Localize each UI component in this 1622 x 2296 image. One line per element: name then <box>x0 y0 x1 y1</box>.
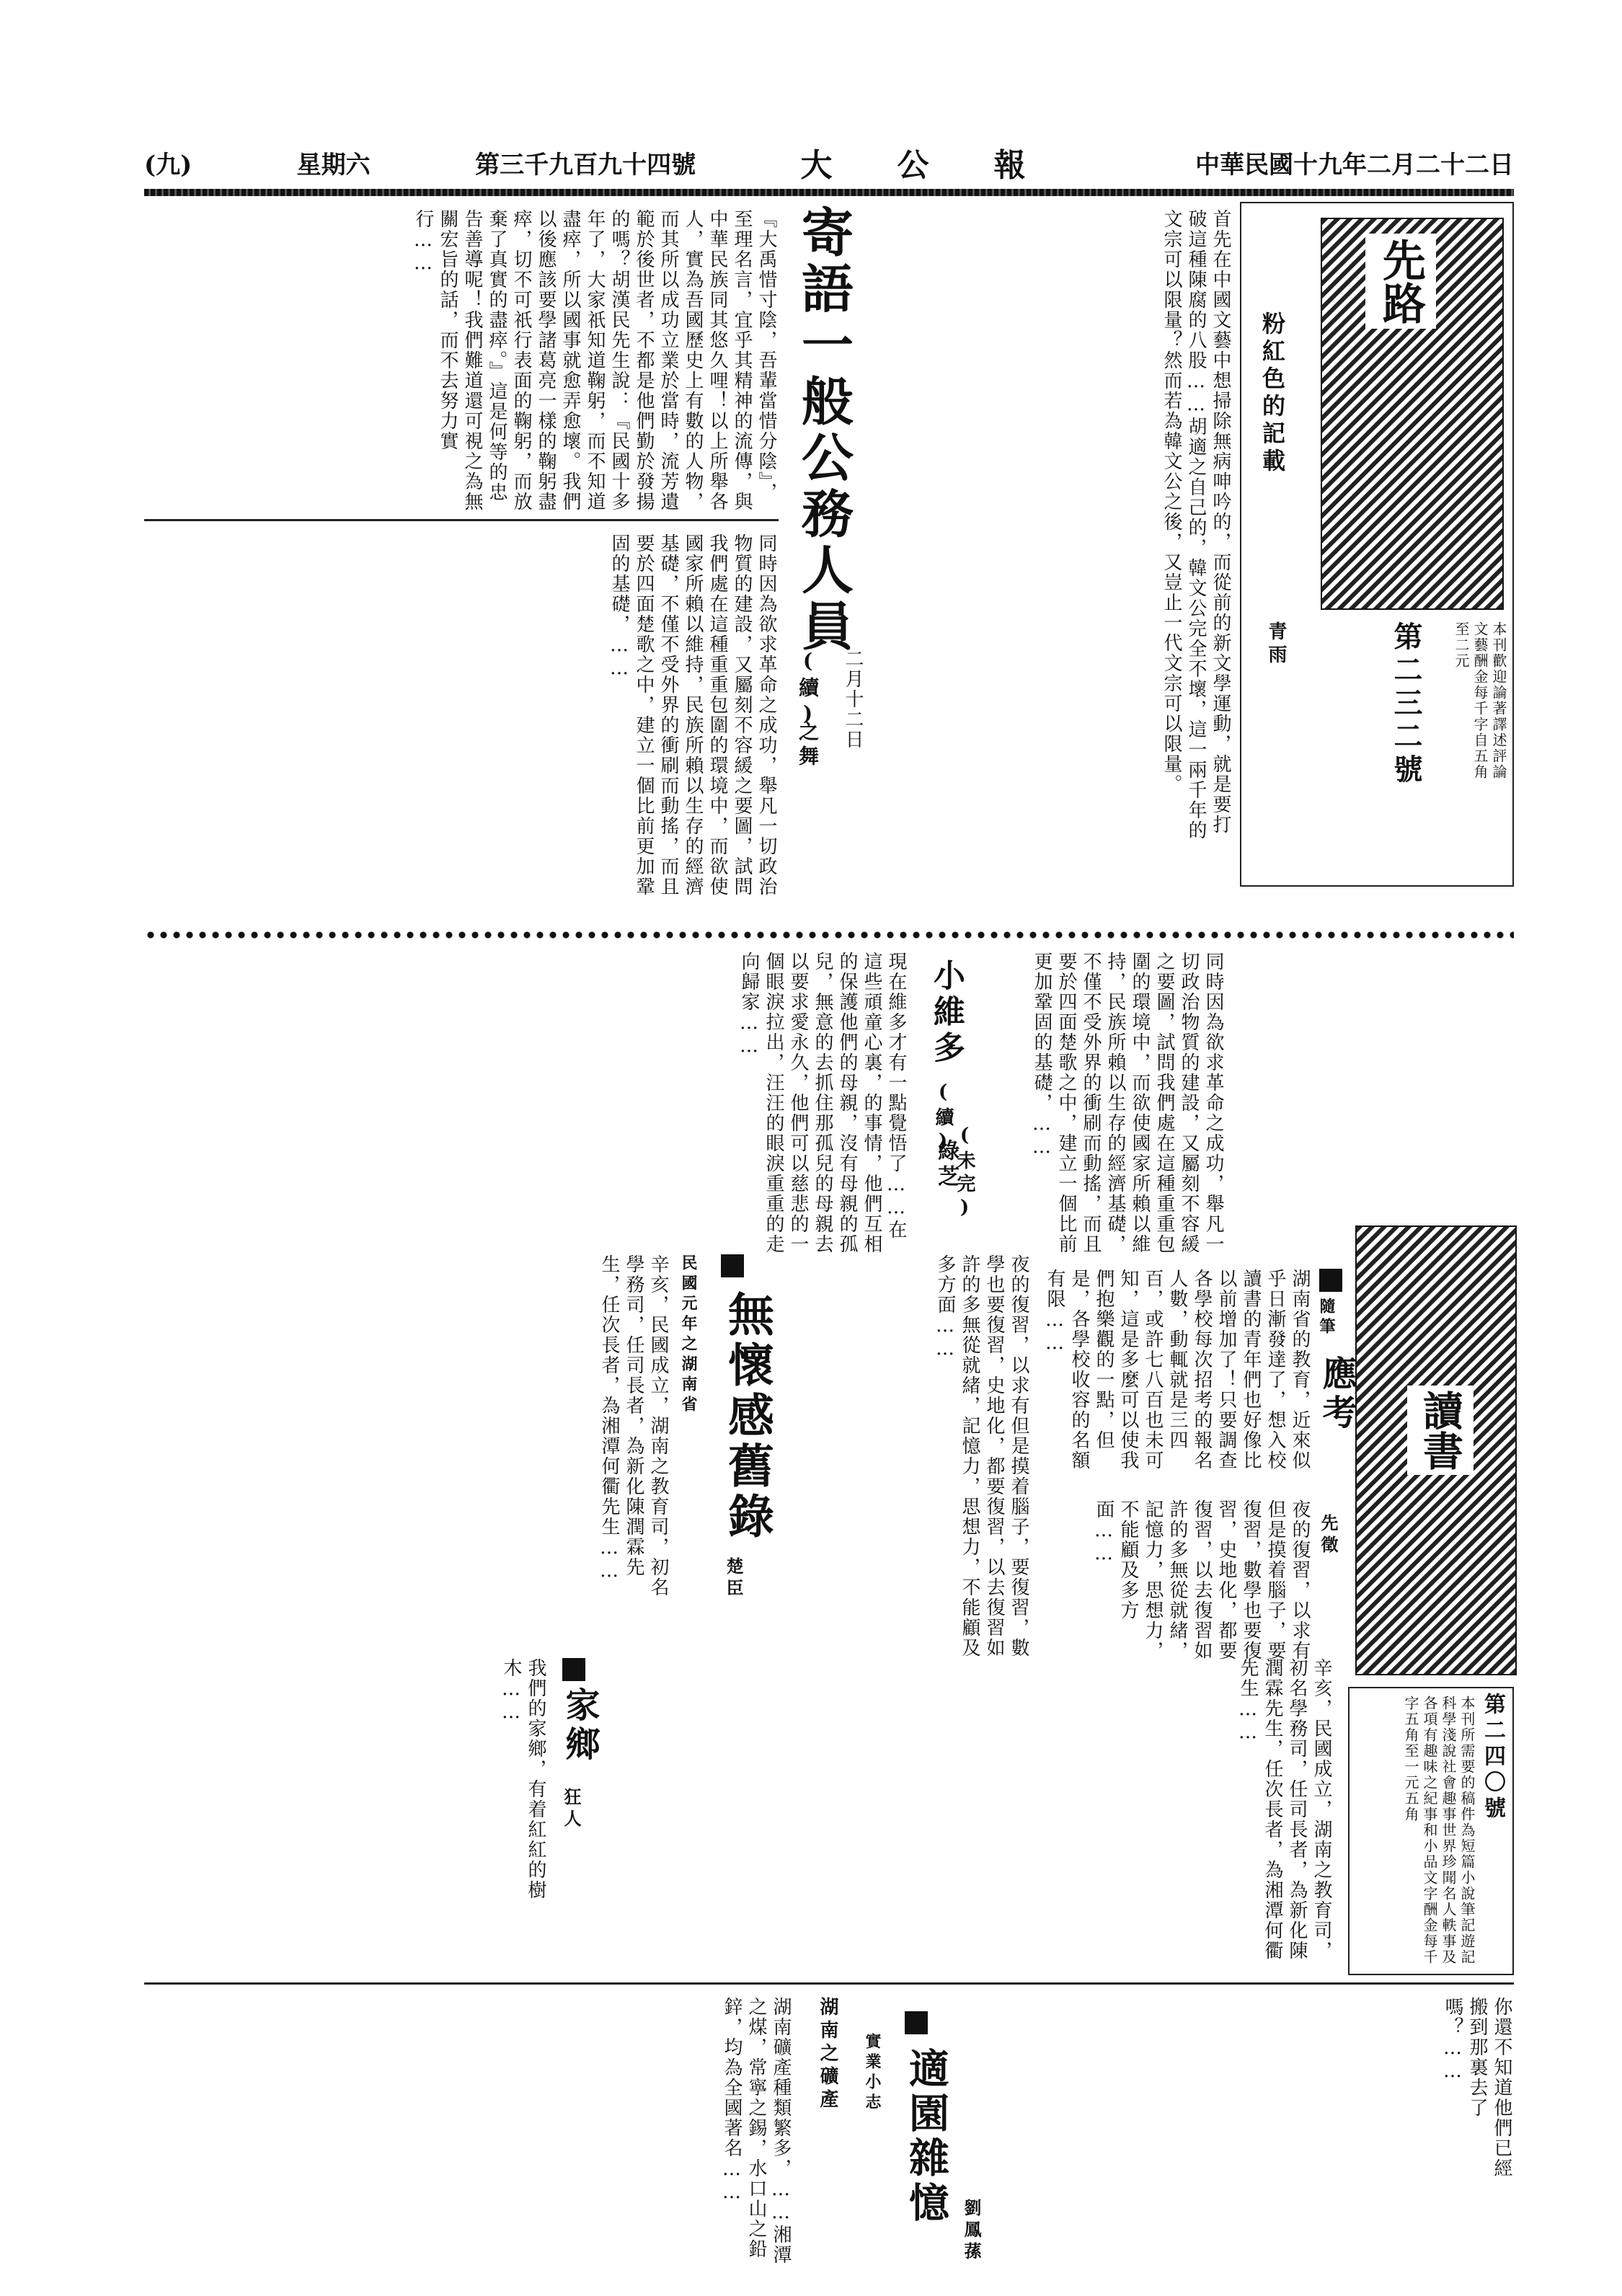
dushu-banner: 讀書 <box>1407 1386 1473 1475</box>
publication-date: 中華民國十九年二月二十二日 <box>1195 145 1514 180</box>
notice-text: 本刊所需要的稿件為短篇小說筆記遊記科學淺說社會趣事世界珍聞名人軼事及各項有趣味之… <box>1354 1696 1476 1969</box>
ornamental-divider <box>144 930 1514 940</box>
xianlu-illustration: 先路 <box>1321 218 1504 610</box>
shiyuan-sidebar: 實業小志 <box>861 2033 884 2114</box>
hunan-headline: 湖南之礦產 <box>815 1997 841 2112</box>
wuhuai-headline: 無懷感舊錄 <box>714 1290 780 1543</box>
yingkao-text: 湖南省的教育，近來似乎日漸發達了，想入校讀書的青年們也好像比以前增加了！只要調查… <box>1038 1269 1312 1485</box>
shiyuan-text: 你還不知道他們已經搬到那裏去了嗎？…… <box>959 1997 1514 2184</box>
section-marker-icon <box>721 1254 744 1277</box>
hunan-text: 湖南礦產種類繁多，……湘潭之煤，常寧之錫，水口山之鉛鋅，均為全國著名…… <box>144 1997 793 2271</box>
issue-number: 第三千九百九十四號 <box>475 145 696 180</box>
jiyu-headline: 寄語一般公務人員 <box>786 205 861 655</box>
jiyu-cont: (續) <box>793 649 822 730</box>
xiaoweiduo-text: 現在維多才有一點覺悟了……在這些頑童心裏，的事情，他們互相的保護他們的母親，沒有… <box>144 952 908 1254</box>
xianlu-date: 二月十二日 <box>836 649 865 793</box>
yingkao-headline: 應考 <box>1312 1355 1362 1433</box>
masthead-rule <box>144 189 1514 196</box>
xianlu-column-box: 先路 粉紅色的記載 青雨 第二三二號 本刊歡迎論著譯述評論文藝酬金每千字自五角至… <box>1240 202 1514 887</box>
divider <box>144 1982 1514 1985</box>
yingkao-text-2: 夜的復習，以求有但是摸着腦子，要復習，數學也要復習，史地化，都要復習，以去復習如… <box>1038 1499 1312 1680</box>
section-marker-icon <box>905 2011 928 2034</box>
section-marker-icon <box>1319 1269 1342 1292</box>
wuhuai-text: 辛亥，民國成立，湖南之教育司，初名學務司，任司長者，為新化陳潤霖先生，任次長者，… <box>144 1254 670 1600</box>
notice-box: 第二四〇號 本刊所需要的稿件為短篇小說筆記遊記科學淺說社會趣事世界珍聞名人軼事及… <box>1348 1687 1514 1975</box>
xiaoweiduo-headline: 小維多 <box>923 959 969 1067</box>
masthead: (九) 星期六 第三千九百九十四號 大公報 中華民國十九年二月二十二日 <box>144 141 1514 184</box>
xianlu-author: 青雨 <box>1263 621 1290 668</box>
xianlu-subtitle: 粉紅色的記載 <box>1256 311 1289 476</box>
dushu-illustration: 讀書 <box>1355 1225 1517 1675</box>
wuhuai-subhead: 民國元年之湖南省 <box>678 1254 700 1416</box>
page-number: (九) <box>144 145 192 180</box>
shiyuan-headline: 適園雜憶 <box>898 2047 955 2226</box>
section-marker-icon <box>562 1658 585 1681</box>
wuhuai-continued-text: 辛亥，民國成立，湖南之教育司，初名學務司，任司長者，為新化陳潤霖先生，任次長者，… <box>606 1658 1334 1961</box>
yingkao-continued-text: 夜的復習，以求有但是摸着腦子，要復習，數學也要復習，史地化，都要復習，以去復習如… <box>779 1254 1031 1672</box>
weekday: 星期六 <box>297 145 371 180</box>
yingkao-tag: 隨筆 <box>1316 1298 1338 1338</box>
xianlu-banner: 先路 <box>1365 234 1436 329</box>
shiyuan-author: 劉鳳蓀 <box>959 2199 984 2264</box>
jiaxiang-text: 我們的家鄉，有着紅紅的樹木…… <box>144 1658 548 1946</box>
newspaper-title: 大公報 <box>801 139 1091 185</box>
gongwu-continued-text: 同時因為欲求革命之成功，舉凡一切政治物質的建設，又屬刻不容緩之要圖，試問我們處在… <box>966 952 1226 1254</box>
notice-issue-label: 第二四〇號 <box>1476 1693 1508 1822</box>
jiyu-text: 『大禹惜寸陰，吾輩當惜分陰』，至理名言，宜乎其精神的流傳，與中華民族同其悠久哩！… <box>144 209 779 512</box>
jiaxiang-author: 狂人 <box>559 1788 584 1831</box>
wuhuai-author: 楚臣 <box>721 1557 746 1600</box>
jiyu-author: 之舞 <box>793 721 822 770</box>
xiaoweiduo-end: (未完) <box>952 1125 978 1223</box>
jiyu-text-2: 同時因為欲求革命之成功，舉凡一切政治物質的建設，又屬刻不容緩之要圖，試問我們處在… <box>144 533 779 908</box>
xianlu-article-text: 首先在中國文藝中想掃除無病呻吟的，而從前的新文學運動，就是要打破這種陳腐的八股…… <box>829 209 1233 843</box>
divider <box>144 519 779 521</box>
xianlu-notice: 本刊歡迎論著譯述評論文藝酬金每千字自五角至二元 <box>1429 621 1508 780</box>
jiaxiang-headline: 家鄉 <box>555 1687 605 1765</box>
yingkao-author: 先徵 <box>1316 1514 1341 1557</box>
xianlu-issue-label: 第二三二號 <box>1386 621 1427 787</box>
